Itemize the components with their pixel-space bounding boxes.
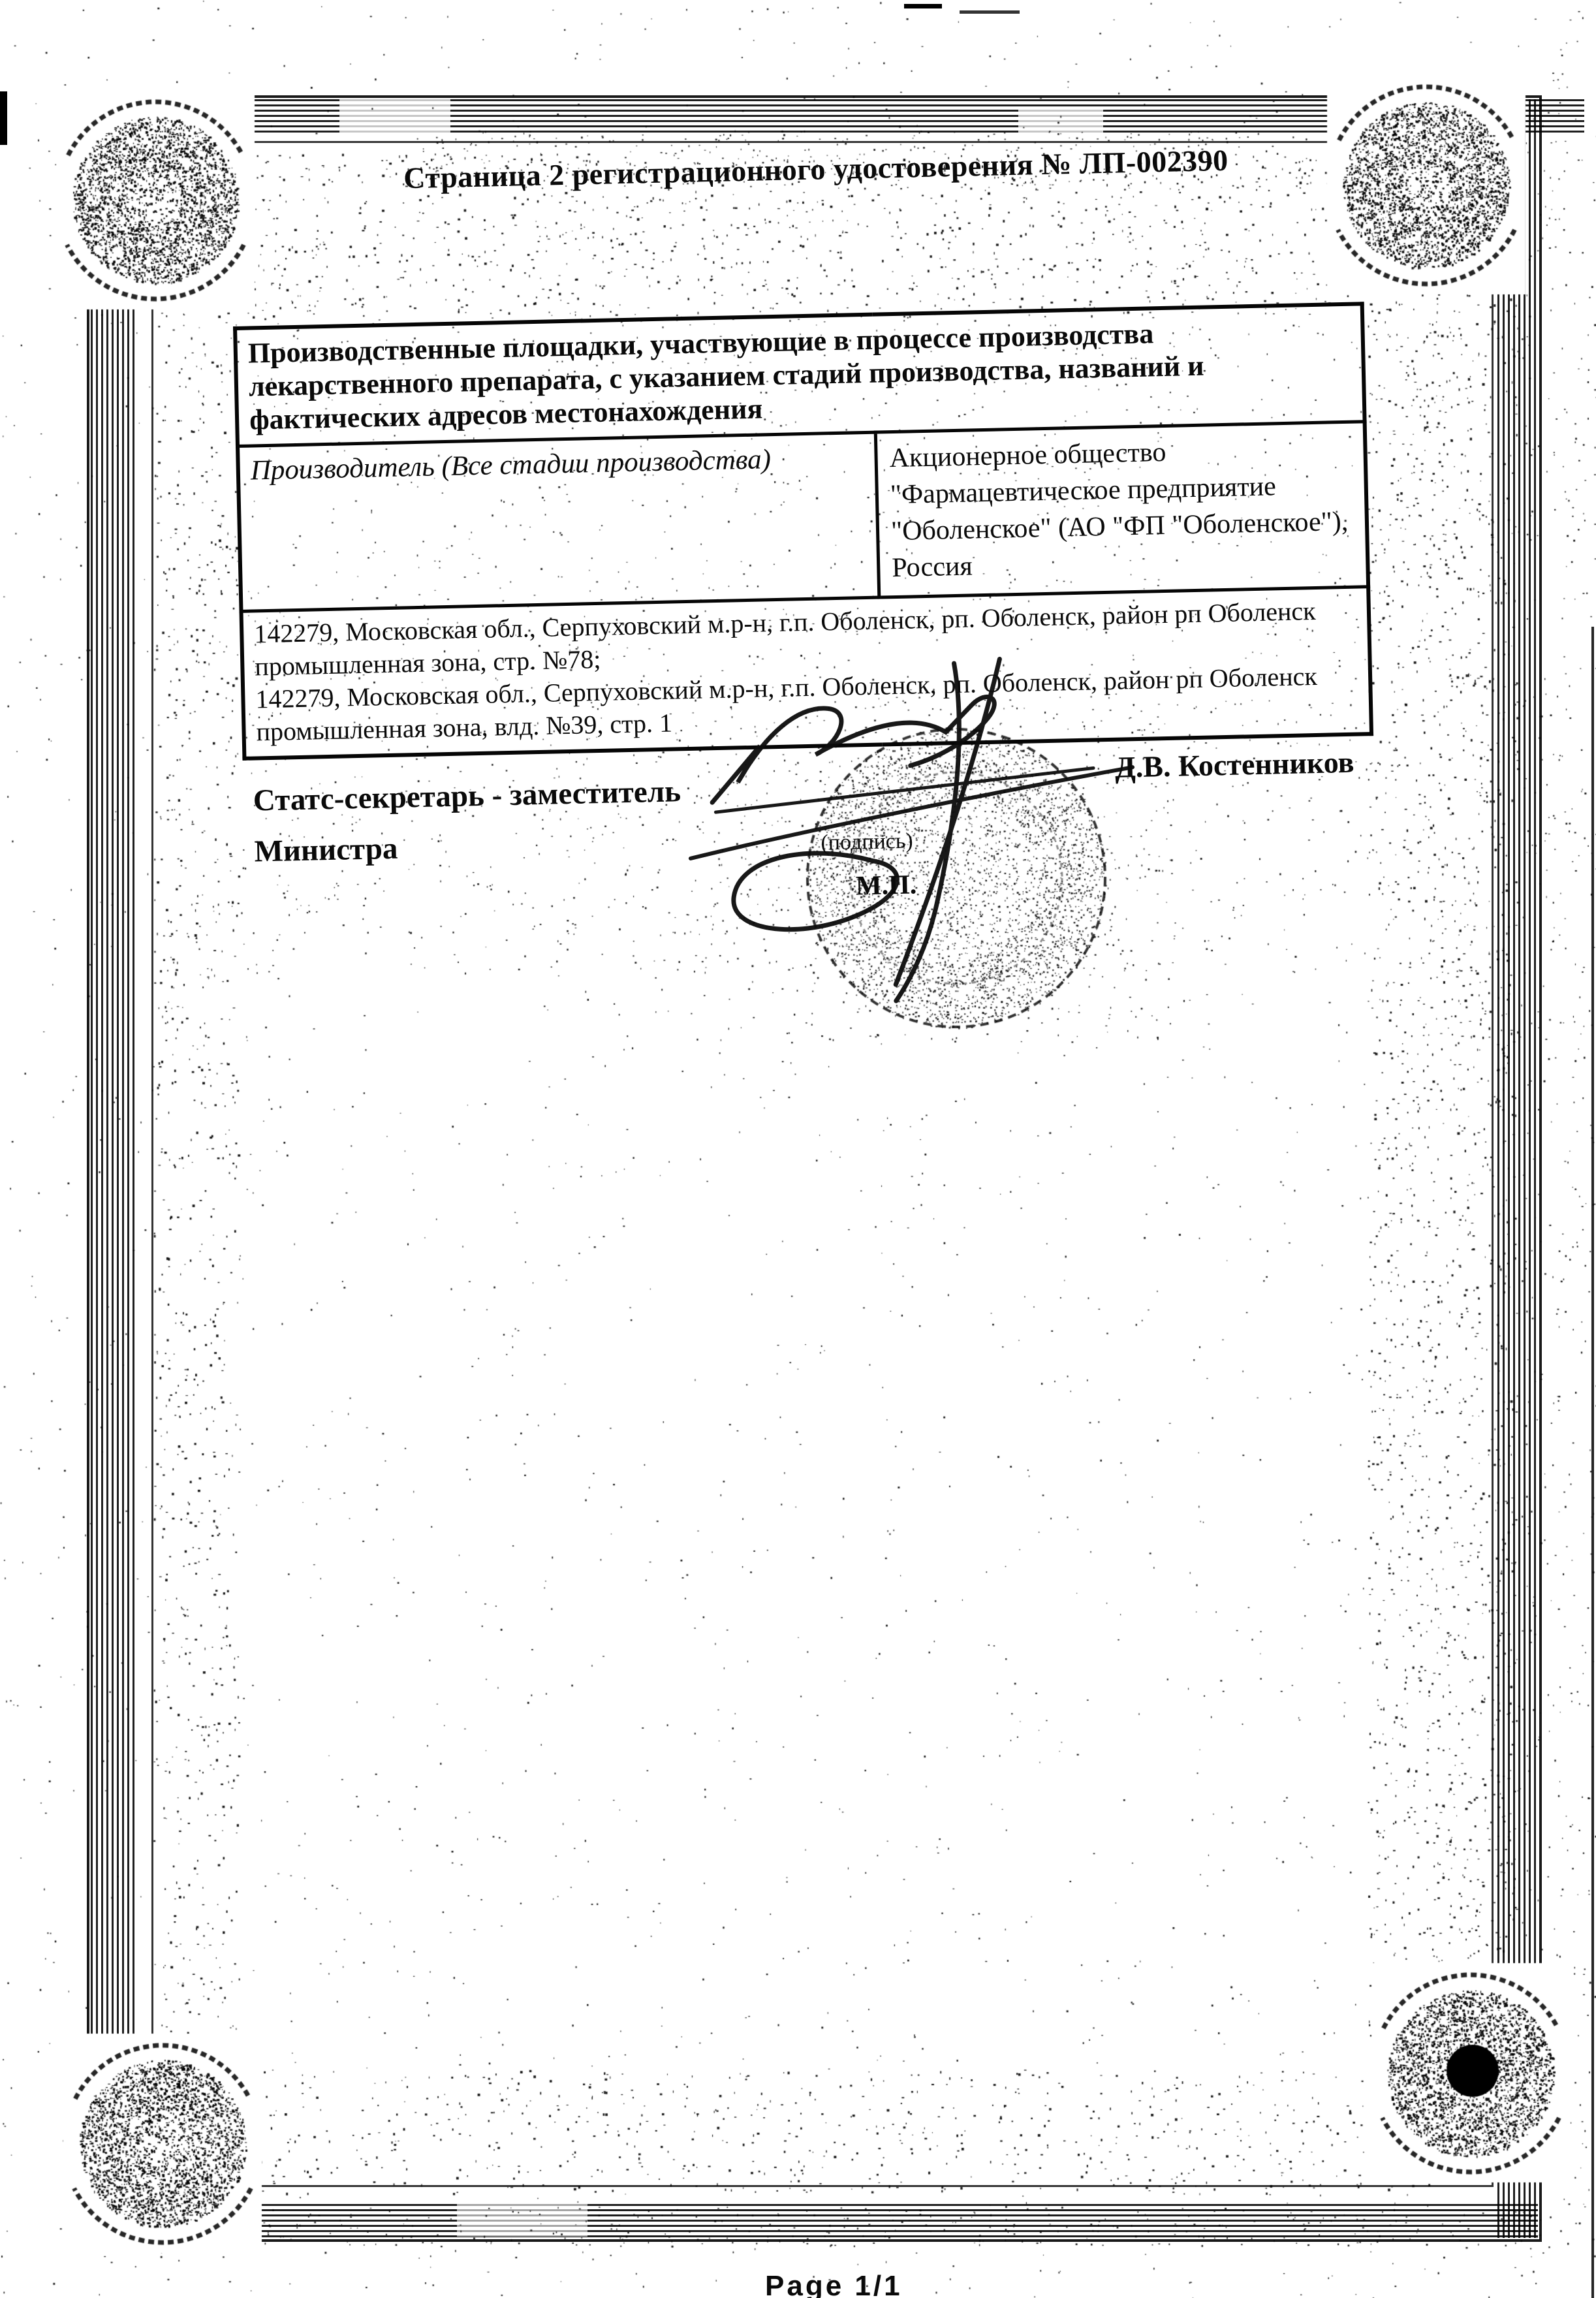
seal-caption: М.П. [855,869,916,902]
handwritten-signature [673,639,1177,1028]
signer-name: Д.В. Костенников [1114,745,1354,785]
document-content: Страница 2 регистрационного удостоверени… [0,0,1596,2298]
page-title: Страница 2 регистрационного удостоверени… [388,142,1244,196]
page-indicator: Page 1/1 [765,2270,903,2298]
producer-row: Производитель (Все стадии производства) … [238,422,1368,612]
producer-name-cell: Акционерное общество "Фармацевтическое п… [875,422,1368,597]
producer-stage-cell: Производитель (Все стадии производства) [238,432,879,611]
signer-position-line2: Министра [254,832,398,869]
signer-position-line1: Статс-секретарь - заместитель [253,774,681,817]
scanned-certificate-page: Страница 2 регистрационного удостоверени… [0,0,1596,2298]
signature-caption: (подпись) [821,829,913,856]
